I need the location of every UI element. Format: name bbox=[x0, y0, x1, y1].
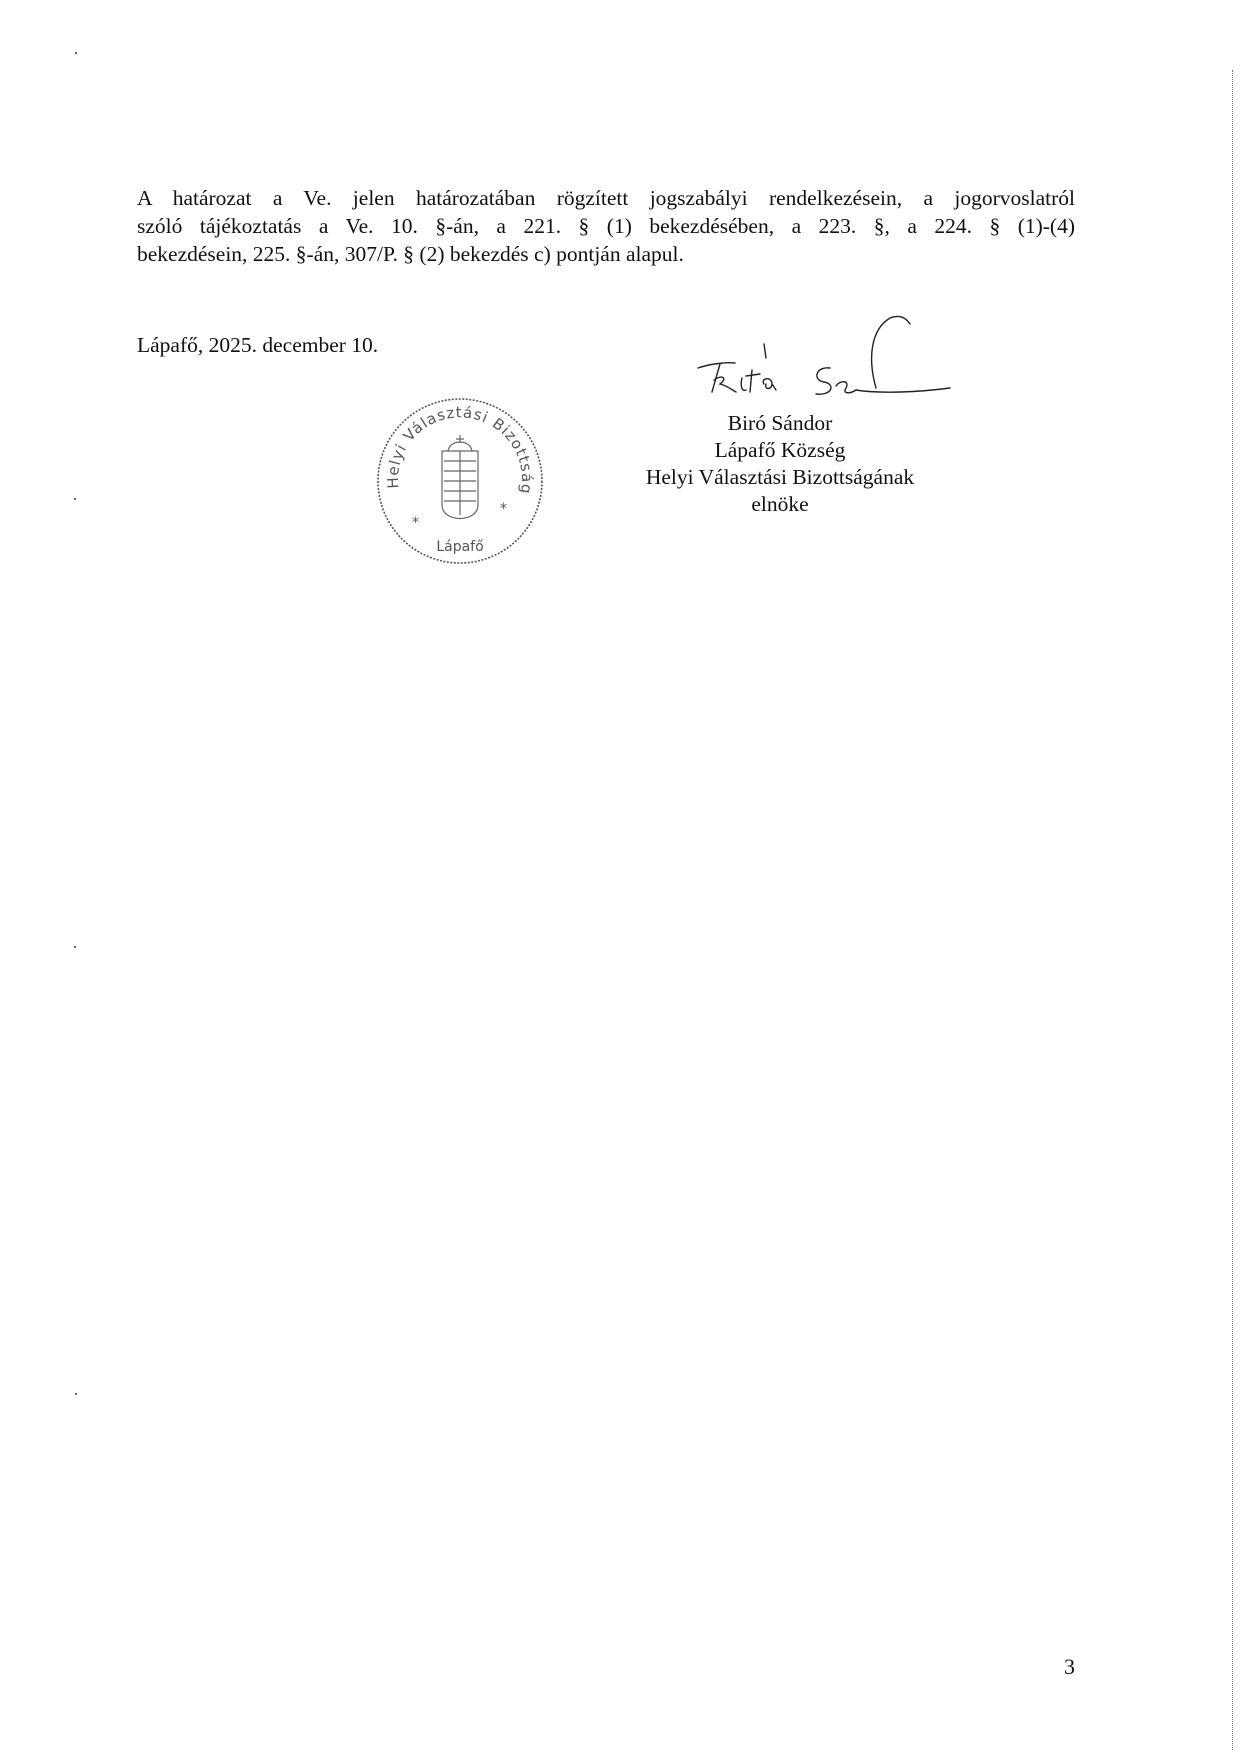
stamp-bottom-text: Lápafő bbox=[436, 539, 483, 555]
svg-text:*: * bbox=[500, 501, 507, 517]
legal-basis-paragraph: A határozat a Ve. jelen határozatában rö… bbox=[137, 184, 1075, 268]
svg-text:*: * bbox=[412, 515, 419, 531]
signatory-block: Biró Sándor Lápafő Község Helyi Választá… bbox=[600, 410, 960, 518]
signatory-body: Helyi Választási Bizottságának bbox=[600, 464, 960, 491]
paragraph-line: szóló tájékoztatás a Ve. 10. §-án, a 221… bbox=[137, 212, 1075, 240]
paragraph-line: A határozat a Ve. jelen határozatában rö… bbox=[137, 184, 1075, 212]
signatory-role: elnöke bbox=[600, 491, 960, 518]
scan-speck bbox=[74, 946, 76, 948]
place-date: Lápafő, 2025. december 10. bbox=[137, 333, 378, 358]
official-stamp: Helyi Választási Bizottság Lápafő * * bbox=[372, 395, 548, 565]
signatory-name: Biró Sándor bbox=[600, 410, 960, 437]
coat-of-arms-icon bbox=[442, 435, 478, 519]
scan-speck bbox=[74, 498, 76, 500]
scan-speck bbox=[75, 1393, 77, 1395]
handwritten-signature bbox=[680, 300, 970, 410]
signatory-municipality: Lápafő Község bbox=[600, 437, 960, 464]
scan-edge-divider bbox=[1232, 70, 1233, 1750]
paragraph-line: bekezdésein, 225. §-án, 307/P. § (2) bek… bbox=[137, 240, 1075, 268]
scan-speck bbox=[75, 52, 77, 54]
page-number: 3 bbox=[1064, 1654, 1075, 1680]
